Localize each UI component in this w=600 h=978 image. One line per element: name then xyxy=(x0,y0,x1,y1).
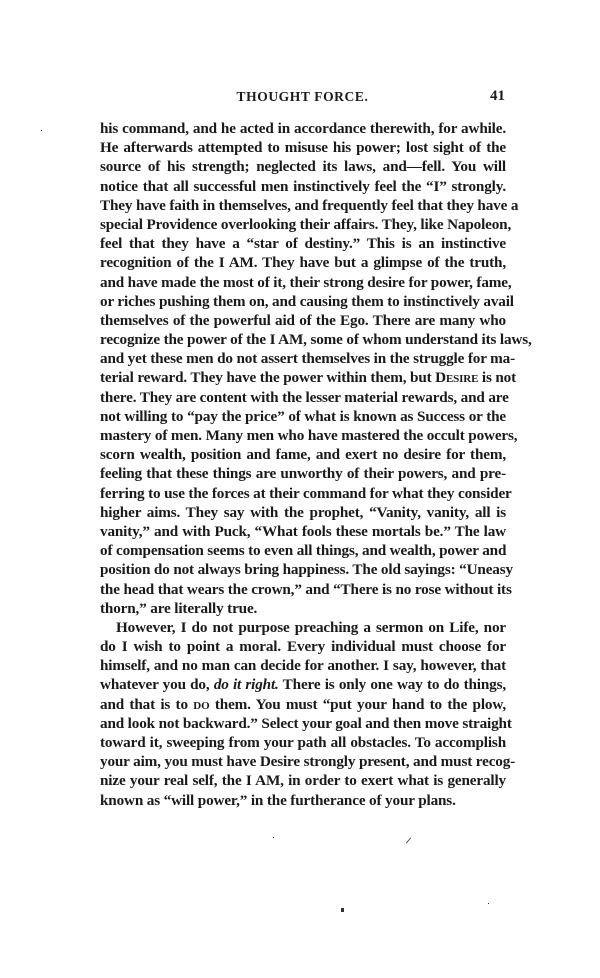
text-line: thorn,” are literally true. xyxy=(100,599,506,618)
text-line: of compensation seems to even all things… xyxy=(100,541,506,560)
scan-speck xyxy=(41,130,42,131)
text-line: and have made the most of it, their stro… xyxy=(100,273,506,292)
page-number: 41 xyxy=(490,88,505,105)
text-line: do I wish to point a moral. Every indivi… xyxy=(100,637,506,656)
scan-speck xyxy=(488,903,489,904)
small-caps-text: Desire xyxy=(435,369,478,386)
text-line: However, I do not purpose preaching a se… xyxy=(100,618,506,637)
text-line: recognize the power of the I AM, some of… xyxy=(100,330,506,349)
text-line: They have faith in themselves, and frequ… xyxy=(100,196,506,215)
text-line: whatever you do, do it right. There is o… xyxy=(100,675,506,694)
text-line: not willing to “pay the price” of what i… xyxy=(100,407,506,426)
book-page: THOUGHT FORCE. 41 his command, and he ac… xyxy=(0,0,600,978)
text-line: position do not always bring happiness. … xyxy=(100,560,506,579)
italic-text: do it right. xyxy=(214,676,279,693)
small-caps-text: do xyxy=(193,696,209,713)
text-line: themselves of the powerful aid of the Eg… xyxy=(100,311,506,330)
text-line: scorn wealth, position and fame, and exe… xyxy=(100,445,506,464)
text-line: nize your real self, the I AM, in order … xyxy=(100,771,506,790)
scan-speck xyxy=(341,908,344,912)
body-text: his command, and he acted in accordance … xyxy=(100,119,506,810)
text-line: He afterwards attempted to misuse his po… xyxy=(100,138,506,157)
text-line: special Providence overlooking their aff… xyxy=(100,215,506,234)
text-line: toward it, sweeping from your path all o… xyxy=(100,733,506,752)
text-line: vanity,” and with Puck, “What fools thes… xyxy=(100,522,506,541)
text-line: terial reward. They have the power withi… xyxy=(100,368,506,387)
text-line: recognition of the I AM. They have but a… xyxy=(100,253,506,272)
scan-speck xyxy=(273,837,274,838)
text-line: ferring to use the forces at their comma… xyxy=(100,484,506,503)
text-line: feeling that these things are unworthy o… xyxy=(100,464,506,483)
text-line: and yet these men do not assert themselv… xyxy=(100,349,506,368)
text-line: himself, and no man can decide for anoth… xyxy=(100,656,506,675)
running-title: THOUGHT FORCE. xyxy=(100,89,505,105)
text-line: mastery of men. Many men who have master… xyxy=(100,426,506,445)
text-line: the head that wears the crown,” and “The… xyxy=(100,580,506,599)
text-line: his command, and he acted in accordance … xyxy=(100,119,506,138)
text-line: feel that they have a “star of destiny.”… xyxy=(100,234,506,253)
text-line: notice that all successful men instincti… xyxy=(100,177,506,196)
text-line: known as “will power,” in the furtheranc… xyxy=(100,791,506,810)
text-line: your aim, you must have Desire strongly … xyxy=(100,752,506,771)
text-line: there. They are content with the lesser … xyxy=(100,388,506,407)
text-line: and that is to do them. You must “put yo… xyxy=(100,695,506,714)
text-line: and look not backward.” Select your goal… xyxy=(100,714,506,733)
text-line: source of his strength; neglected its la… xyxy=(100,157,506,176)
text-line: higher aims. They say with the prophet, … xyxy=(100,503,506,522)
scan-mark xyxy=(406,837,411,843)
running-head: THOUGHT FORCE. 41 xyxy=(100,89,505,107)
text-line: or riches pushing them on, and causing t… xyxy=(100,292,506,311)
